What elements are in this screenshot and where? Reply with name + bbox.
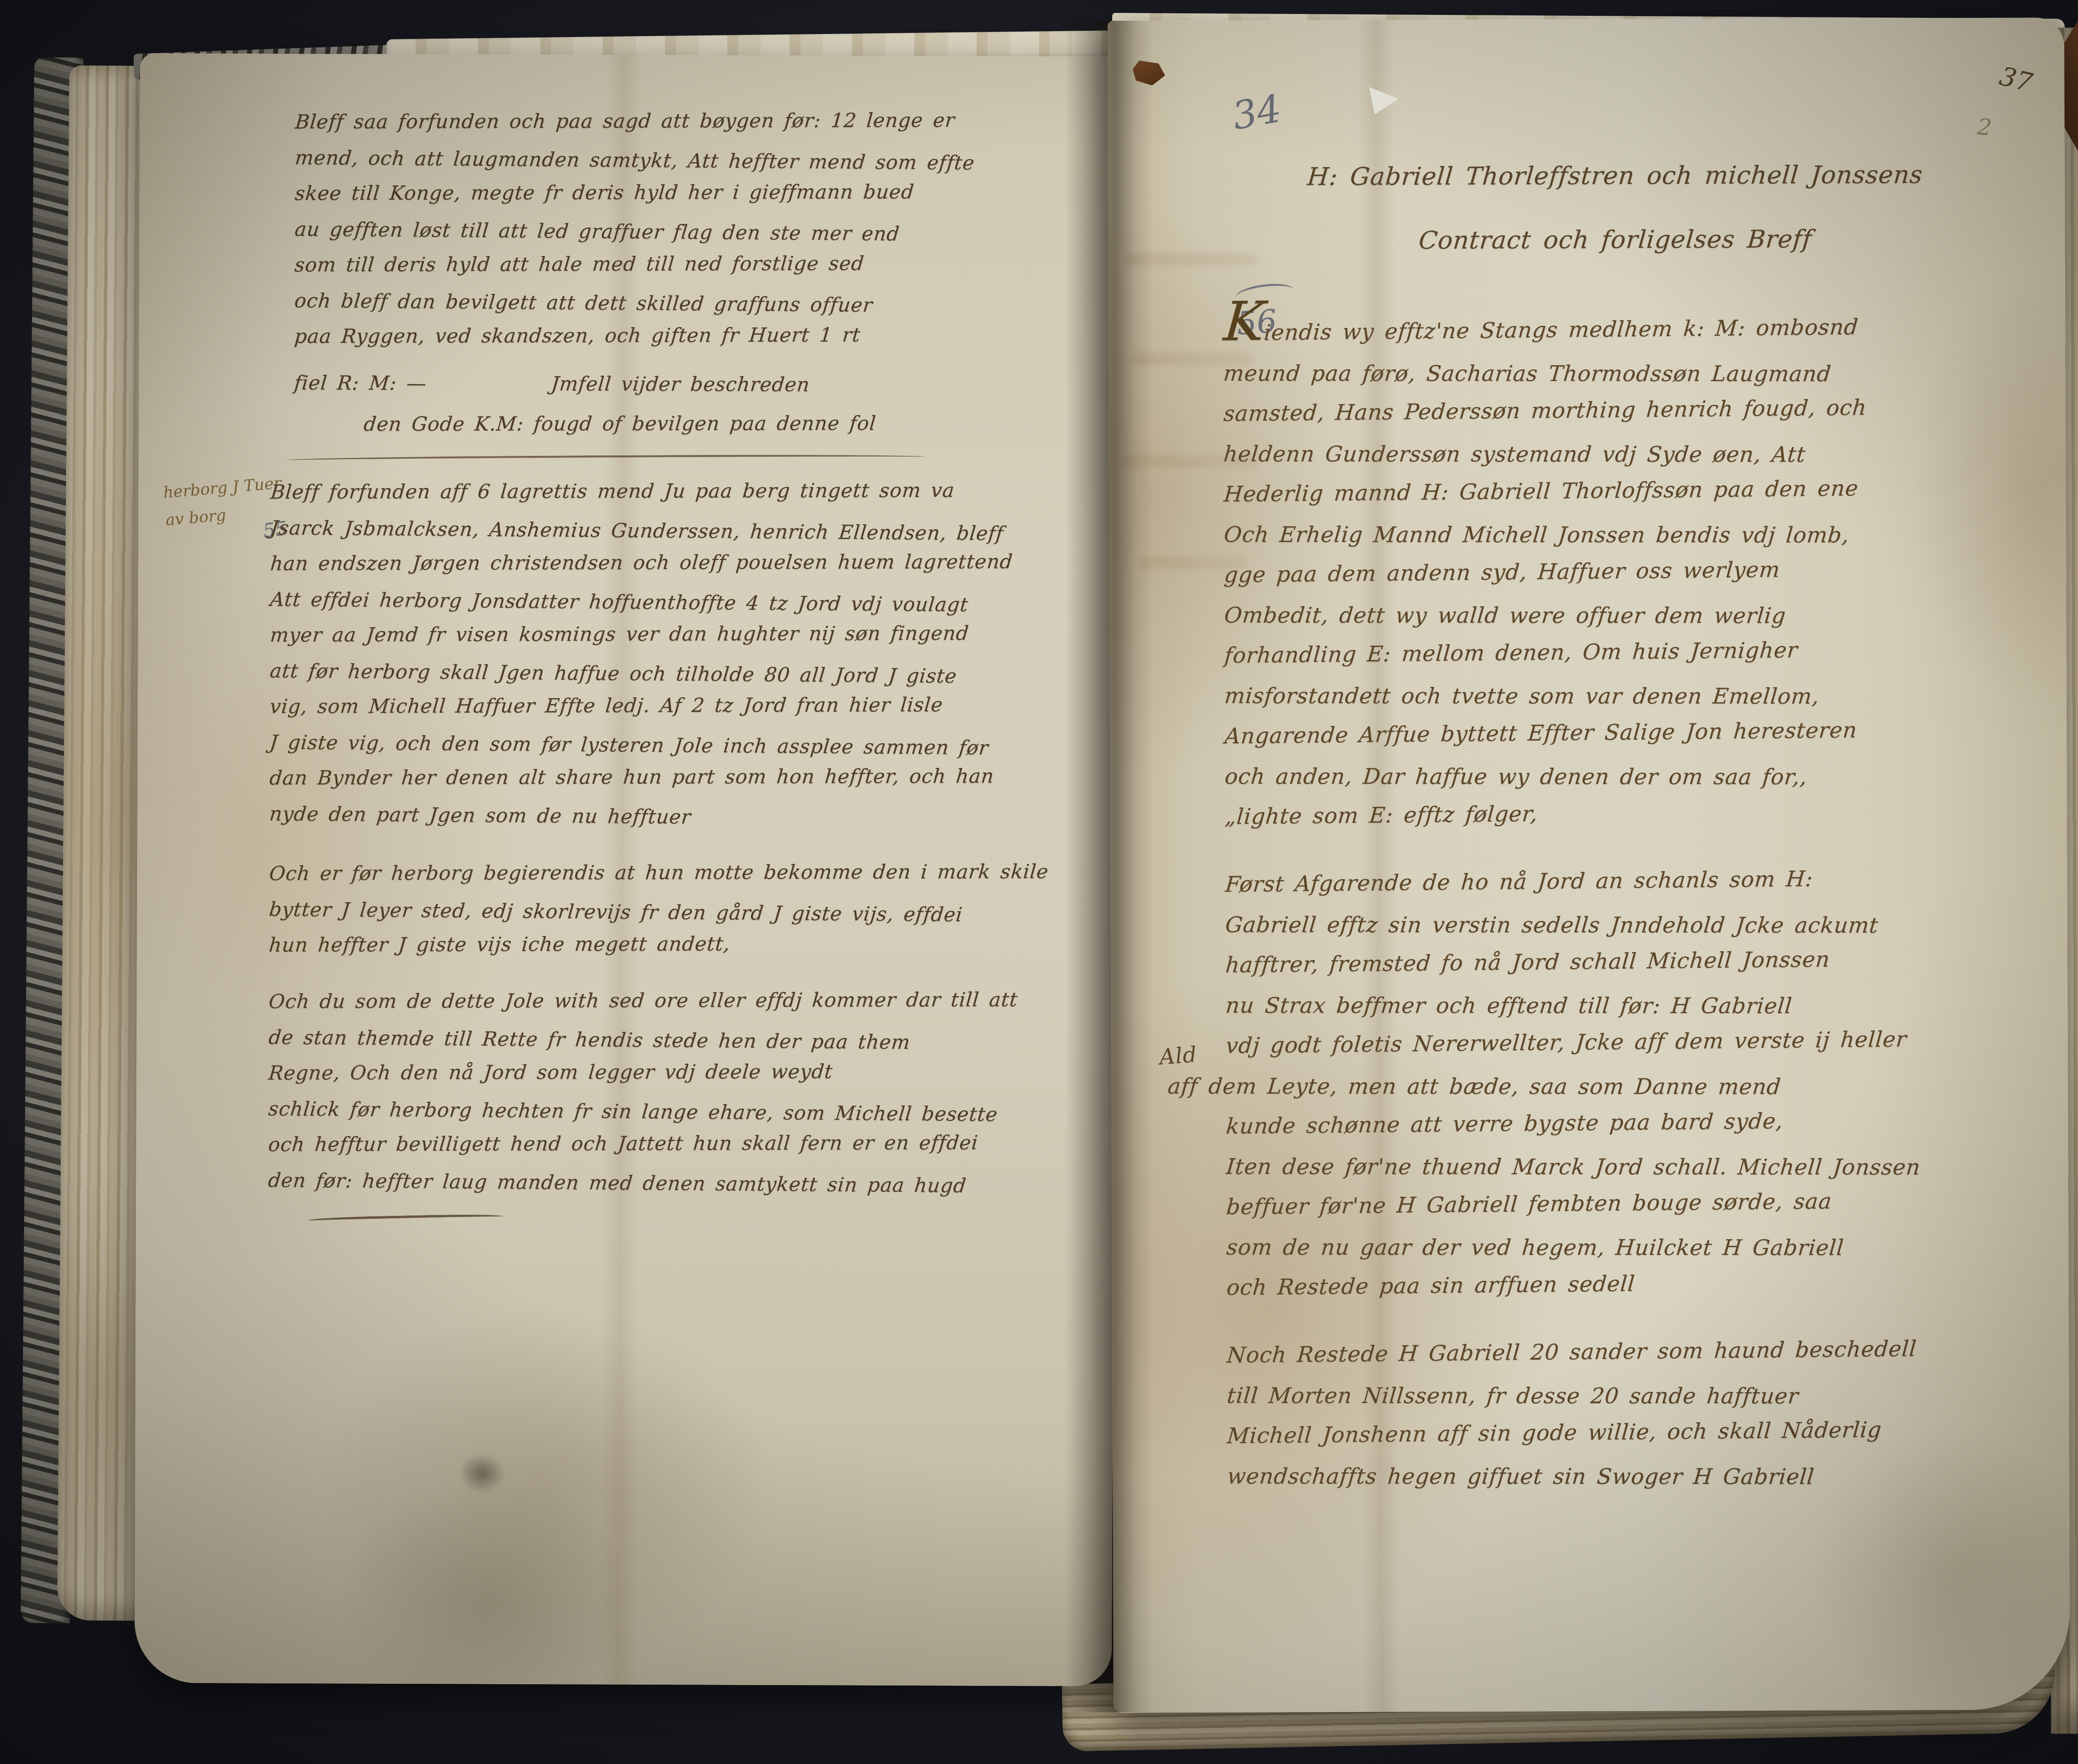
manuscript-line: Och du som de dette Jole with sed ore el… bbox=[267, 982, 1114, 1020]
paragraph: Bleff saa forfunden och paa sagd att bøy… bbox=[271, 104, 1115, 357]
photo-background: { "colors": { "background": "#1a1c22", "… bbox=[0, 0, 2078, 1764]
pencil-page-number: 34 bbox=[1229, 86, 1285, 138]
manuscript-line: Och er før herborg begierendis at hun mo… bbox=[268, 854, 1115, 892]
km-right: Jmfell vijder beschreden bbox=[549, 366, 811, 403]
left-page: herborg J Tuer av borg 55 Bleff saa forf… bbox=[134, 53, 1118, 1686]
paragraph: Bleff forfunden aff 6 lagrettis mend Ju … bbox=[269, 475, 1114, 835]
ink-flourish-underline bbox=[308, 1213, 503, 1225]
km-line-2: den Gode K.M: fougd of bevilgen paa denn… bbox=[362, 405, 1116, 442]
manuscript-line: samsted, Hans Pederssøn morthing henrich… bbox=[1222, 386, 2053, 434]
km-left: fiel R: M: — bbox=[293, 365, 428, 401]
manuscript-line: „lighte som E: efftz følger, bbox=[1224, 789, 2054, 837]
paragraph: Och du som de dette Jole with sed ore el… bbox=[268, 984, 1113, 1201]
manuscript-line: Først Afgarende de ho nå Jord an schanls… bbox=[1224, 857, 2054, 905]
paragraph: Først Afgarende de ho nå Jord an schanls… bbox=[1225, 862, 2054, 1308]
ink-stain-spot bbox=[451, 1447, 513, 1501]
manuscript-line: som till deris hyld att hale med till ne… bbox=[293, 245, 1117, 283]
manuscript-line: kunde schønne att verre bygste paa bard … bbox=[1224, 1099, 2055, 1147]
manuscript-line: skee till Konge, megte fr deris hyld her… bbox=[293, 174, 1117, 212]
manuscript-line: och hefftur bevilligett hend och Jattett… bbox=[267, 1125, 1114, 1163]
manuscript-line: Angarende Arffue byttett Effter Salige J… bbox=[1223, 709, 2054, 757]
manuscript-line: wendschaffts hegen giffuet sin Swoger H … bbox=[1226, 1456, 2056, 1498]
manuscript-line: myer aa Jemd fr visen kosmings ver dan h… bbox=[268, 615, 1115, 653]
heading-line-1: H: Gabriell Thorleffstren och michell Jo… bbox=[1209, 142, 2021, 209]
ink-page-number: 37 bbox=[1997, 61, 2036, 98]
manuscript-line: hun heffter J giste vijs iche megett and… bbox=[268, 925, 1115, 963]
paragraph: Kiendis wy efftz'ne Stangs medlhem k: M:… bbox=[1223, 307, 2052, 837]
manuscript-line: beffuer før'ne H Gabriell fembten bouge … bbox=[1225, 1179, 2056, 1228]
manuscript-line: Regne, Och den nå Jord som legger vdj de… bbox=[267, 1053, 1114, 1091]
manuscript-line: hafftrer, fremsted fo nå Jord schall Mic… bbox=[1224, 937, 2055, 986]
manuscript-line: Bleff saa forfunden och paa sagd att bøy… bbox=[294, 102, 1118, 140]
heading-line-2: Contract och forligelses Breff bbox=[1209, 206, 2021, 273]
paragraph: Noch Restede H Gabriell 20 sander som ha… bbox=[1227, 1333, 2054, 1497]
manuscript-line: paa Ryggen, ved skandszen, och giften fr… bbox=[293, 317, 1117, 354]
manuscript-line: den før: heffter laug manden med denen s… bbox=[266, 1163, 1113, 1205]
manuscript-line: gge paa dem andenn syd, Haffuer oss werl… bbox=[1223, 547, 2053, 595]
manuscript-line: forhandling E: mellom denen, Om huis Jer… bbox=[1223, 628, 2053, 676]
manuscript-line: han endszen Jørgen christendsen och olef… bbox=[269, 544, 1116, 582]
manuscript-line: nyde den part Jgen som de nu hefftuer bbox=[268, 796, 1114, 839]
ink-secondary-number: 2 bbox=[1976, 113, 1993, 141]
manuscript-line: Kiendis wy efftz'ne Stangs medlhem k: M:… bbox=[1221, 302, 2052, 354]
gutter-shadow bbox=[1065, 21, 1154, 1712]
ink-rule-divider bbox=[286, 454, 926, 463]
left-page-text: Bleff saa forfunden och paa sagd att bøy… bbox=[268, 104, 1115, 1225]
right-page: 34 56 37 2 H: Gabriell Thorleffstren och… bbox=[1108, 17, 2070, 1713]
manuscript-line: vig, som Michell Haffuer Effte ledj. Af … bbox=[268, 687, 1115, 725]
entry-heading: H: Gabriell Thorleffstren och michell Jo… bbox=[1212, 142, 2019, 273]
manuscript-line: och Restede paa sin arffuen sedell bbox=[1225, 1260, 2056, 1308]
km-line: fiel R: M: — Jmfell vijder beschreden bbox=[293, 365, 1116, 404]
manuscript-line: Hederlig mannd H: Gabriell Thorloffssøn … bbox=[1222, 467, 2053, 515]
manuscript-line: vdj godt foletis Nererwellter, Jcke aff … bbox=[1224, 1018, 2055, 1066]
manuscript-line: dan Bynder her denen alt share hun part … bbox=[268, 758, 1115, 796]
paragraph: Och er før herborg begierendis at hun mo… bbox=[269, 856, 1113, 966]
manuscript-line: Michell Jonshenn aff sin gode willie, oc… bbox=[1226, 1408, 2056, 1456]
margin-word: Ald bbox=[1159, 1042, 1198, 1070]
manuscript-line: Noch Restede H Gabriell 20 sander som ha… bbox=[1225, 1328, 2056, 1376]
paper-chip bbox=[1366, 87, 1400, 117]
right-page-text: Kiendis wy efftz'ne Stangs medlhem k: M:… bbox=[1223, 307, 2054, 1497]
manuscript-line: Bleff forfunden aff 6 lagrettis mend Ju … bbox=[269, 472, 1116, 510]
